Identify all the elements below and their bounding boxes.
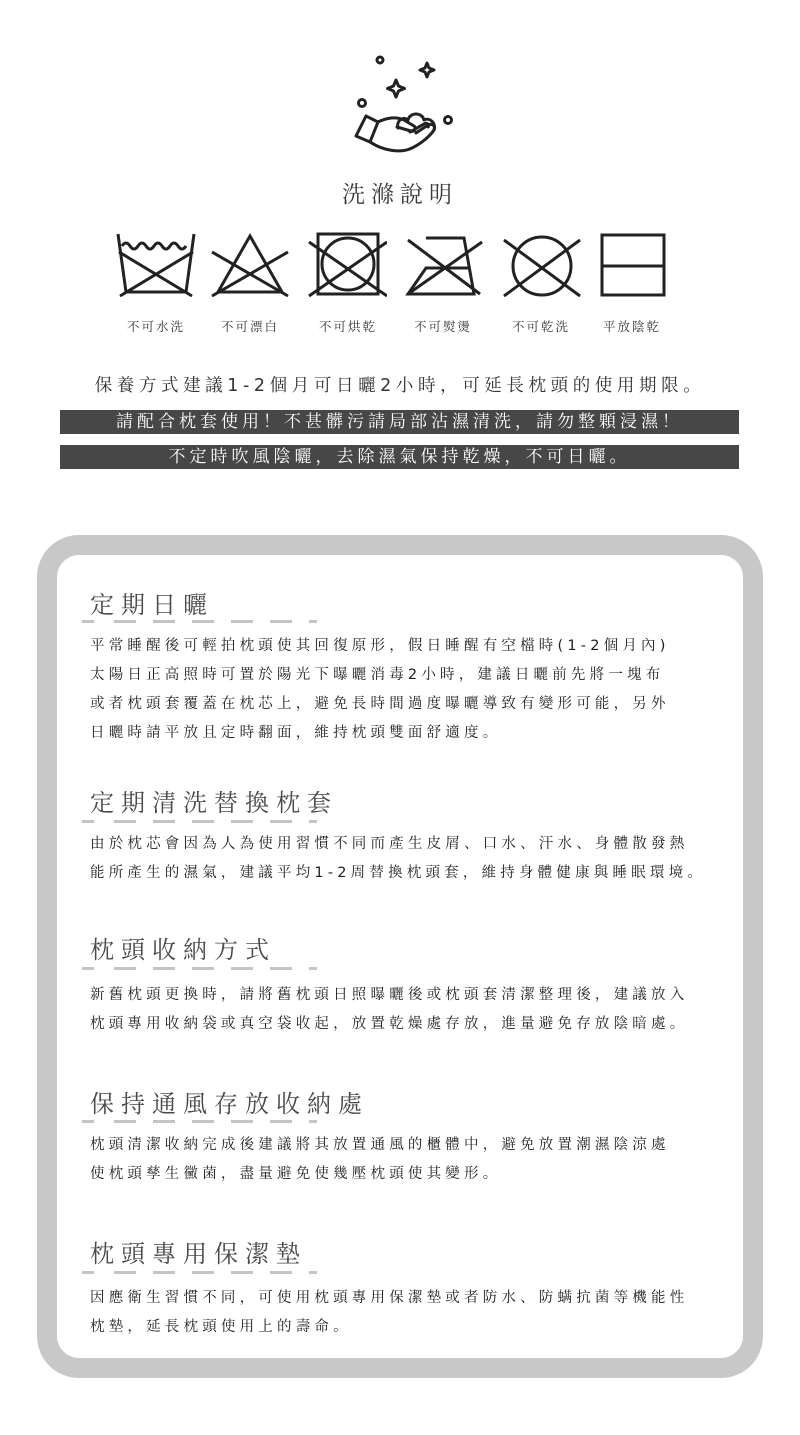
do-not-iron-icon bbox=[404, 232, 484, 298]
symbol-label: 不可烘乾 bbox=[298, 317, 398, 335]
section-body-pillow-storage: 新舊枕頭更換時，請將舊枕頭日照曝曬後或枕頭套清潔整理後，建議放入 枕頭專用收納袋… bbox=[90, 981, 750, 1039]
section-body-ventilated-storage: 枕頭清潔收納完成後建議將其放置通風的櫃體中，避免放置潮濕陰涼處 使枕頭孳生黴菌，… bbox=[90, 1131, 750, 1189]
drying-warning-banner: 不定時吹風陰曬，去除濕氣保持乾燥，不可日曬。 bbox=[60, 445, 739, 469]
body-line: 由於枕芯會因為人為使用習慣不同而產生皮屑、口水、汗水、身體散發熱 bbox=[90, 830, 750, 859]
title-underline-dashes bbox=[82, 820, 314, 823]
section-body-pillow-protector: 因應衛生習慣不同，可使用枕頭專用保潔墊或者防水、防螨抗菌等機能性 枕墊，延長枕頭… bbox=[90, 1284, 750, 1342]
symbol-label: 平放陰乾 bbox=[582, 317, 682, 335]
body-line: 枕頭專用收納袋或真空袋收起，放置乾燥處存放，進量避免存放陰暗處。 bbox=[90, 1010, 750, 1039]
title-underline-dashes bbox=[82, 1120, 314, 1123]
page-title: 洗滌說明 bbox=[0, 176, 800, 209]
section-title-sun-drying: 定期日曬 bbox=[90, 585, 214, 620]
usage-warning-banner: 請配合枕套使用！不甚髒污請局部沾濕清洗，請勿整顆浸濕！ bbox=[60, 410, 739, 434]
section-title-ventilated-storage: 保持通風存放收納處 bbox=[90, 1084, 369, 1119]
do-not-tumble-dry-icon bbox=[307, 232, 387, 298]
title-underline-dashes bbox=[82, 620, 314, 623]
section-body-sun-drying: 平常睡醒後可輕拍枕頭使其回復原形，假日睡醒有空檔時(1-2個月內) 太陽日正高照… bbox=[90, 632, 750, 748]
maintenance-advice: 保養方式建議1-2個月可日曬2小時，可延長枕頭的使用期限。 bbox=[0, 372, 800, 397]
section-body-pillowcase-washing: 由於枕芯會因為人為使用習慣不同而產生皮屑、口水、汗水、身體散發熱 能所產生的濕氣… bbox=[90, 830, 750, 888]
hand-with-soap-bubbles-icon bbox=[340, 48, 460, 168]
title-underline-dashes bbox=[82, 1271, 314, 1274]
symbol-label: 不可漂白 bbox=[200, 317, 300, 335]
dry-flat-in-shade-icon bbox=[596, 232, 676, 298]
do-not-bleach-icon bbox=[210, 232, 290, 298]
body-line: 或者枕頭套覆蓋在枕芯上，避免長時間過度曝曬導致有變形可能，另外 bbox=[90, 690, 750, 719]
section-title-pillowcase-washing: 定期清洗替換枕套 bbox=[90, 783, 338, 818]
do-not-wash-icon bbox=[116, 232, 196, 298]
section-title-pillow-storage: 枕頭收納方式 bbox=[90, 930, 276, 965]
body-line: 能所產生的濕氣，建議平均1-2周替換枕頭套，維持身體健康與睡眠環境。 bbox=[90, 859, 750, 888]
title-underline-dashes bbox=[82, 967, 314, 970]
body-line: 平常睡醒後可輕拍枕頭使其回復原形，假日睡醒有空檔時(1-2個月內) bbox=[90, 632, 750, 661]
body-line: 太陽日正高照時可置於陽光下曝曬消毒2小時，建議日曬前先將一塊布 bbox=[90, 661, 750, 690]
body-line: 日曬時請平放且定時翻面，維持枕頭雙面舒適度。 bbox=[90, 719, 750, 748]
symbol-label: 不可熨燙 bbox=[393, 317, 493, 335]
symbol-label: 不可水洗 bbox=[106, 317, 206, 335]
body-line: 枕墊，延長枕頭使用上的壽命。 bbox=[90, 1313, 750, 1342]
body-line: 因應衛生習慣不同，可使用枕頭專用保潔墊或者防水、防螨抗菌等機能性 bbox=[90, 1284, 750, 1313]
body-line: 使枕頭孳生黴菌，盡量避免使幾壓枕頭使其變形。 bbox=[90, 1160, 750, 1189]
do-not-dry-clean-icon bbox=[502, 232, 582, 298]
body-line: 新舊枕頭更換時，請將舊枕頭日照曝曬後或枕頭套清潔整理後，建議放入 bbox=[90, 981, 750, 1010]
symbol-label: 不可乾洗 bbox=[491, 317, 591, 335]
body-line: 枕頭清潔收納完成後建議將其放置通風的櫃體中，避免放置潮濕陰涼處 bbox=[90, 1131, 750, 1160]
section-title-pillow-protector: 枕頭專用保潔墊 bbox=[90, 1234, 307, 1269]
